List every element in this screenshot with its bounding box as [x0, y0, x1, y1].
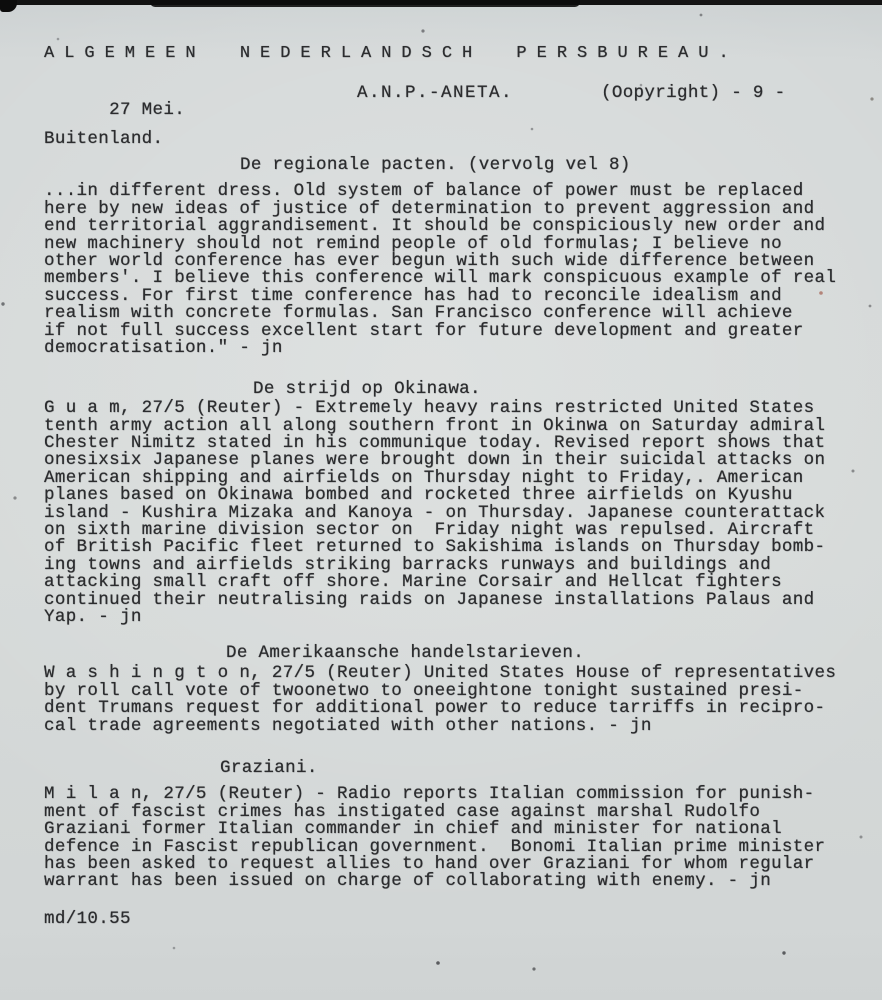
text-line: attacking small craft off shore. Marine …	[44, 574, 844, 591]
agency-abbreviation: A.N.P.-ANETA.	[357, 85, 513, 102]
articles: De regionale pacten. (vervolg vel 8) ...…	[44, 157, 844, 890]
article-heading: De strijd op Okinawa.	[253, 381, 844, 398]
text-line: warrant has been issued on charge of col…	[44, 873, 844, 890]
header-meta-row: 27 Mei. A.N.P.-ANETA. (Oopyright) - 9 -	[44, 85, 844, 103]
section-label: Buitenland.	[44, 131, 844, 148]
article: De regionale pacten. (vervolg vel 8) ...…	[44, 157, 844, 357]
article-paragraph: G u a m, 27/5 (Reuter) - Extremely heavy…	[44, 400, 844, 626]
article-heading: De regionale pacten. (vervolg vel 8)	[240, 157, 844, 174]
paper-specks	[0, 0, 2, 2]
text-line: dent Trumans request for additional powe…	[44, 700, 844, 717]
photo-top-edge-right	[640, 0, 882, 4]
document-body: ALGEMEEN NEDERLANDSCH PERSBUREAU. 27 Mei…	[44, 44, 844, 928]
typist-reference: md/10.55	[44, 911, 844, 928]
text-line: continued their neutralising raids on Ja…	[44, 592, 844, 609]
text-line: Yap. - jn	[44, 609, 844, 626]
text-line: end territorial aggrandisement. It shoul…	[44, 218, 844, 235]
article: De strijd op Okinawa. G u a m, 27/5 (Reu…	[44, 381, 844, 626]
article: De Amerikaansche handelstarieven. W a s …	[44, 645, 844, 735]
agency-masthead-title: ALGEMEEN NEDERLANDSCH PERSBUREAU.	[44, 44, 844, 64]
text-line: realism with concrete formulas. San Fran…	[44, 305, 844, 322]
article-paragraph: W a s h i n g t o n, 27/5 (Reuter) Unite…	[44, 665, 844, 735]
article-paragraph: M i l a n, 27/5 (Reuter) - Radio reports…	[44, 786, 844, 890]
scanned-press-bulletin: ALGEMEEN NEDERLANDSCH PERSBUREAU. 27 Mei…	[0, 0, 882, 1000]
text-line: democratisation." - jn	[44, 340, 844, 357]
article-heading: Graziani.	[220, 760, 844, 777]
copyright-page-number: (Oopyright) - 9 -	[601, 85, 785, 102]
article: Graziani. M i l a n, 27/5 (Reuter) - Rad…	[44, 760, 844, 891]
text-line: cal trade agreements negotiated with oth…	[44, 718, 844, 735]
article-heading: De Amerikaansche handelstarieven.	[226, 645, 844, 662]
issue-date: 27 Mei.	[109, 100, 185, 120]
article-paragraph: ...in different dress. Old system of bal…	[44, 183, 844, 357]
